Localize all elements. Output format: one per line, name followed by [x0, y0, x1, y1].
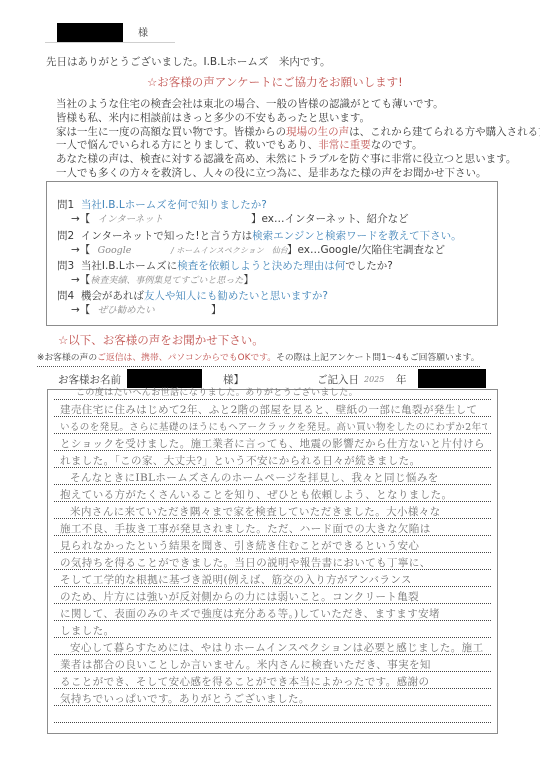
- note-text-a: ※お客様の声の: [37, 353, 97, 363]
- customer-voice-box[interactable]: この度はたいへんお世話になりました。ありがとうございました。 建売住宅に住みはじ…: [47, 389, 498, 734]
- question-1-number: 問1: [57, 199, 74, 211]
- handwritten-line: そんなときにIBLホームズさんのホームページを拝見し、我々と同じ悩みを: [70, 470, 487, 485]
- question-2: 問2 インターネットで知った!と言う方は検索エンジンと検索ワードを教えて下さい。: [57, 230, 462, 243]
- question-2-example-text: ex…Google/欠陥住宅調査など: [298, 244, 446, 256]
- handwritten-line: に関して、表面のみのキズで強度は充分ある等。)していただき、ますます安堵: [60, 606, 487, 621]
- answer-separator: /: [171, 246, 174, 255]
- handwritten-line: 気持ちでいっぱいです。ありがとうございました。: [60, 691, 487, 706]
- question-2-answer-keyword[interactable]: / ホームインスペクション 仙台: [171, 244, 288, 257]
- intro-highlight-genba: 現場の生の声: [286, 126, 349, 138]
- questionnaire-box: 問1 当社I.B.Lホームズを何で知りましたか? →【 インターネット 】ex……: [46, 181, 498, 326]
- question-4-text-a: 機会があれば: [81, 290, 144, 302]
- question-4-number: 問4: [57, 290, 74, 302]
- handwritten-line: とショックを受けました。施工業者に言っても、地震の影響だから仕方ないと片付けら: [60, 436, 487, 451]
- question-1-answer-row: →【 インターネット 】ex…インターネット、紹介など: [71, 213, 491, 226]
- recipient-honorific: 様: [138, 27, 148, 40]
- question-3-text-b: でしたか?: [345, 260, 393, 272]
- handwritten-line: この度はたいへんお世話になりました。ありがとうございました。: [76, 385, 487, 398]
- intro-line-3-a: 家は一生に一度の高額な買い物です。皆様からの: [56, 126, 286, 138]
- answer-bracket-close: 】: [251, 213, 262, 225]
- intro-paragraph: 当社のような住宅の検査会社は東北の場合、一般の皆様の認識がとても薄いです。 皆様…: [56, 98, 540, 181]
- question-4-answer-row: →【 ぜひ勧めたい 】: [71, 304, 271, 317]
- intro-line-4-b: なのです。: [371, 139, 423, 151]
- note-text-highlight: ご返信は、携帯、パソコンからでもOKです。: [97, 353, 276, 363]
- intro-line-2: 皆様も私、米内に相談前はきっと多少の不安もあったと思います。: [56, 112, 540, 126]
- question-2-example: 】ex…Google/欠陥住宅調査など: [287, 244, 445, 257]
- question-1-text: 当社I.B.Lホームズを何で知りましたか?: [81, 199, 267, 211]
- handwritten-line: ることができ、そして安心感を得ることができ本当によかったです。感謝の: [60, 674, 487, 689]
- question-3-text-highlight: 検査を依頼しようと決めた理由は何: [177, 260, 345, 272]
- intro-highlight-important: 非常に重要: [318, 139, 371, 151]
- question-1-answer[interactable]: インターネット: [98, 214, 164, 225]
- handwritten-line: 建売住宅に住みはじめて2年、ふと2階の部屋を見ると、壁紙の一部に亀裂が発生して: [60, 402, 487, 417]
- handwritten-line: のため、片方には強いが反対側からの力には弱いこと。コンクリート亀裂: [60, 589, 487, 604]
- entry-date-year[interactable]: 2025: [364, 375, 384, 384]
- handwritten-line: 見られなかったという結果を聞き、引き続き住むことができるという安心: [60, 538, 487, 553]
- recipient-name-redacted: [57, 23, 123, 42]
- handwritten-line: 施工不良、手抜き工事が発見されました。ただ、ハード面での大きな欠陥は: [60, 521, 487, 536]
- intro-line-3: 家は一生に一度の高額な買い物です。皆様からの現場の生の声は、これから建てられる方…: [56, 126, 540, 140]
- question-2-text-highlight: 検索エンジンと検索ワードを教えて下さい。: [252, 230, 461, 242]
- question-4-text-highlight: 友人や知人にも勧めたいと思いますか?: [144, 290, 328, 302]
- question-1-example-text: ex…インターネット、紹介など: [262, 213, 409, 225]
- handwritten-line: 業者は都合の良いことしか言いません。米内さんに検査いただき、事実を知: [60, 657, 487, 672]
- handwritten-line: しました。: [60, 623, 487, 638]
- handwritten-line: れました。「この家、大丈夫?」という不安にかられる日々が続きました。: [60, 453, 487, 468]
- handwritten-line: 安心して暮らすためには、やはりホームインスペクションは必要と感じました。施工: [70, 640, 487, 655]
- answer-bracket-open: →【: [71, 244, 90, 256]
- question-4-answer[interactable]: ぜひ勧めたい: [98, 305, 155, 316]
- question-1: 問1 当社I.B.Lホームズを何で知りましたか?: [57, 199, 267, 212]
- handwritten-line: の気持ちを得ることができました。当日の説明や報告書においても丁寧に、: [60, 555, 487, 570]
- question-3: 問3 当社I.B.Lホームズに検査を依頼しようと決めた理由は何でしたか?: [57, 260, 393, 273]
- greeting-text: 先日はありがとうございました。I.B.Lホームズ 米内です。: [46, 56, 330, 69]
- voice-section-note: ※お客様の声のご返信は、携帯、パソコンからでもOKです。その際は上記アンケート問…: [37, 352, 480, 367]
- answer-bracket-close: 】: [211, 304, 222, 317]
- intro-line-6: 一人でも多くの方々を救済し、人々の役に立つ為に、是非あなた様の声をお聞かせ下さい…: [56, 167, 540, 181]
- question-2-answer-row: →【 Google / ホームインスペクション 仙台 】ex…Google/欠陥…: [71, 244, 491, 257]
- intro-line-4-a: 一人で悩んでいられる方にとりまして、救いでもあり、: [56, 139, 318, 151]
- answer-bracket-open: →【: [71, 213, 90, 225]
- question-1-example: 】ex…インターネット、紹介など: [251, 213, 409, 226]
- intro-line-1: 当社のような住宅の検査会社は東北の場合、一般の皆様の認識がとても薄いです。: [56, 98, 540, 112]
- intro-line-4: 一人で悩んでいられる方にとりまして、救いでもあり、非常に重要なのです。: [56, 139, 540, 153]
- handwritten-line: 抱えている方がたくさんいることを知り、ぜひとも依頼しよう、となりました。: [60, 487, 487, 502]
- intro-line-3-b: は、これから建てられる方や購入される方、: [349, 126, 540, 138]
- note-text-b: その際は上記アンケート問1～4もご回答願います。: [276, 353, 480, 363]
- answer-bracket-close: 】: [287, 244, 298, 256]
- intro-line-5: あなた様の声は、検査に対する認識を高め、未然にトラブルを防ぐ事に非常に役立つと思…: [56, 153, 540, 167]
- ruled-line: [54, 399, 491, 400]
- question-2-keyword-text: ホームインスペクション 仙台: [176, 246, 287, 255]
- question-2-answer-engine[interactable]: Google: [98, 245, 132, 256]
- survey-title: ☆お客様の声アンケートにご協力をお願いします!: [147, 76, 403, 89]
- handwritten-line: そして工学的な根拠に基づき説明(例えば、筋交の入り方がアンバランス: [60, 572, 487, 587]
- voice-section-title: ☆以下、お客様の声をお聞かせ下さい。: [58, 334, 264, 347]
- handwritten-line: 米内さんに来ていただき隅々まで家を検査していただきました。大小様々な: [70, 504, 487, 519]
- answer-bracket-open: →【: [71, 304, 90, 316]
- ruled-line: [54, 433, 491, 434]
- question-3-answer-row: →【検査実績、事例集見てすごいと思った】: [71, 274, 254, 288]
- recipient-underline: [45, 42, 175, 43]
- answer-bracket-open: →【: [71, 274, 90, 286]
- ruled-line: [54, 722, 491, 723]
- question-2-number: 問2: [57, 230, 74, 242]
- question-3-text-a: 当社I.B.Lホームズに: [81, 260, 177, 272]
- question-4: 問4 機会があれば友人や知人にも勧めたいと思いますか?: [57, 290, 328, 303]
- question-3-answer[interactable]: 検査実績、事例集見てすごいと思った: [90, 276, 243, 286]
- handwritten-line: いるのを発見。さらに基礎のほうにもヘアークラックを発見。高い買い物をしたのにわず…: [60, 419, 487, 433]
- question-2-text-a: インターネットで知った!と言う方は: [81, 230, 252, 242]
- question-3-number: 問3: [57, 260, 74, 272]
- answer-bracket-close: 】: [243, 274, 254, 286]
